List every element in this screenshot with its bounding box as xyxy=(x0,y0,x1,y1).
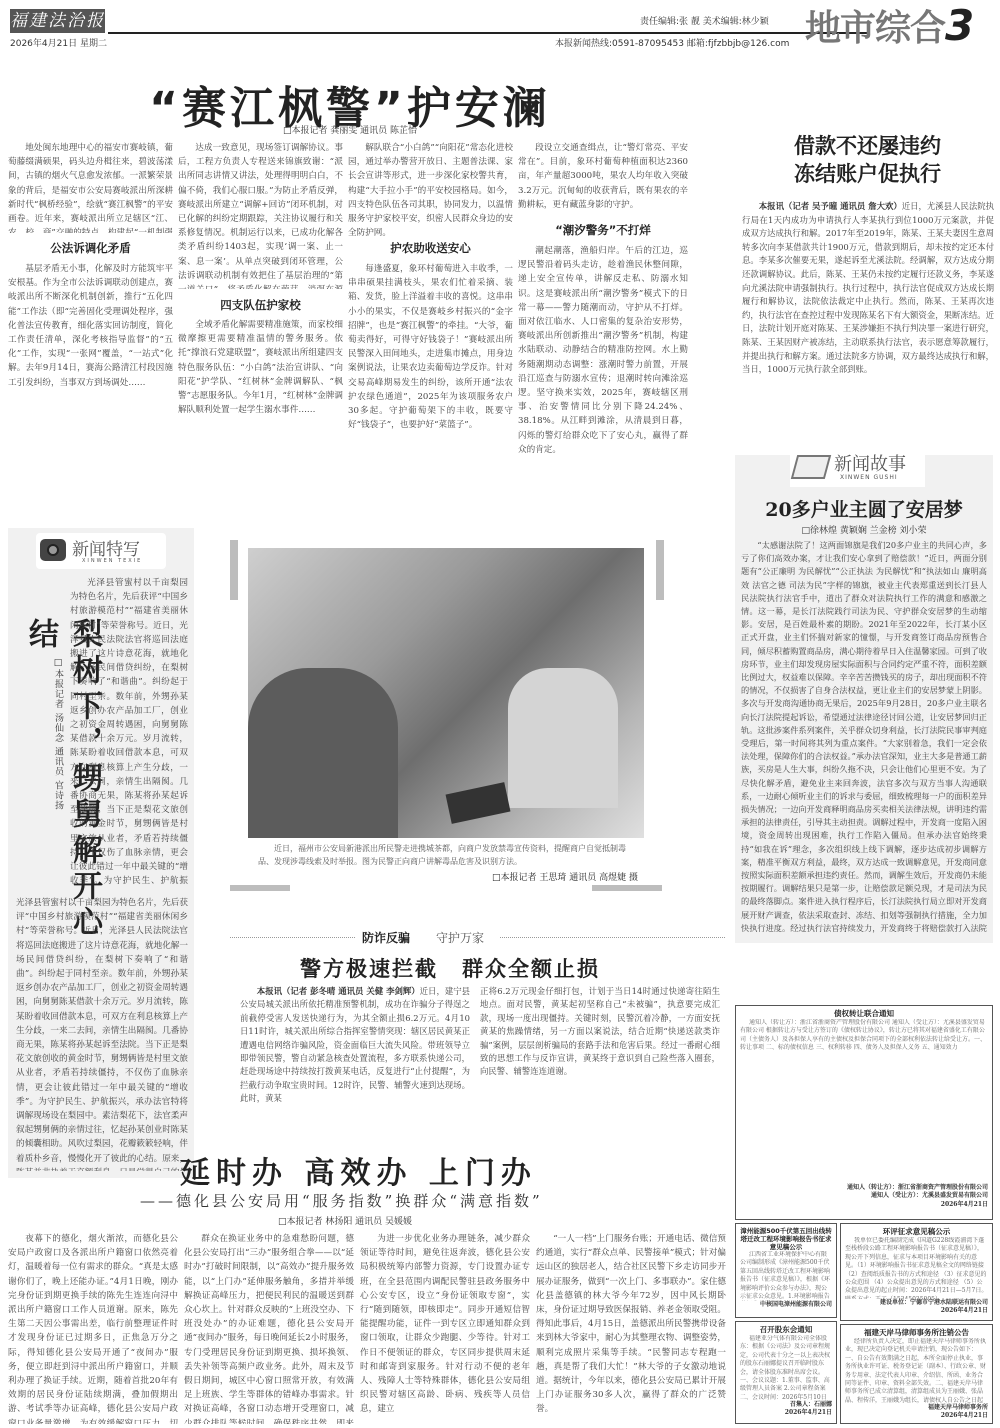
notice-body: 通知人（转让方）：浙江省浙商资产管理股份有限公司 通知人（受让方）：尤溪县盛发贸… xyxy=(740,1019,988,1184)
frame-bar xyxy=(230,540,238,600)
lead-col1b-text: 基层矛盾无小事，化解及时方能筑牢平安根基。作为全市公法诉调联动创建点，赛岐派出所… xyxy=(8,262,173,497)
anti-fraud-col1: 本报讯（记者 彭冬晴 通讯员 关健 李剑辉）近日，建宁县公安局城关派出所依托精准… xyxy=(240,985,470,1120)
households-badge: 新闻故事 XINWEN GUSHI xyxy=(790,447,925,487)
pear-byline: □本报记者 汤仙念 通讯员 官诗扬 xyxy=(52,658,65,878)
notice-title: 环评征求意见稿公示 xyxy=(845,1227,988,1237)
dehua-col3: 为进一步优化业务办理链条，减少群众领证等待时间，避免往返奔波，德化县公安局积极统… xyxy=(360,1232,530,1424)
households-badge-title: 新闻故事 xyxy=(834,450,906,476)
loan-body-text: 近日，尤溪县人民法院执行局在1天内成功为申请执行人李某执行到位1000万元案款，… xyxy=(742,201,994,374)
newspaper-logo: 福建法治报 xyxy=(10,9,105,33)
pear-feature-box: 新闻特写 XINWEN TEXIE 梨树下，甥舅解开心结 □本报记者 汤仙念 通… xyxy=(8,528,194,1178)
issue-date: 2026年4月21日 星期二 xyxy=(10,36,107,49)
notice-title: 召开股东会通知 xyxy=(740,1325,832,1335)
notice-date: 2026年4月21日 xyxy=(845,1307,988,1315)
households-body: “太感谢法院了！这两面锦旗是我们20多户业主的共同心声，多亏了你们高效办案，才让… xyxy=(741,539,987,937)
notice-date: 2026年4月21日 xyxy=(740,1409,832,1417)
dehua-col2: 群众在换证业务中的急难愁盼问题，德化县公安局打出“三办”服务组合拳——以“延时办… xyxy=(184,1232,354,1424)
book-pen-icon xyxy=(791,455,831,479)
dotted-rule xyxy=(230,937,355,938)
notice-title: 福建天岸马律师事务所注销公告 xyxy=(845,1328,988,1338)
dotted-rule xyxy=(500,937,725,938)
anti-fraud-col1-text: 近日，建宁县公安局城关派出所依托精准预警机制，成功在诈骗分子得逞之前截停受害人发… xyxy=(240,986,470,1103)
households-byline: □徐林煌 黄颖娴 兰金榜 刘小荣 xyxy=(735,523,993,536)
notice-signature: 中核国电漳州能源有限公司 xyxy=(740,1301,832,1309)
pear-body-top: 光泽县管蜜村以千亩梨园为特色名片，先后获评“中国乡村旅游模范村”“福建省美丽休闲… xyxy=(70,576,188,886)
pear-badge-pinyin: XINWEN TEXIE xyxy=(82,558,142,564)
anti-fraud-lead: 本报讯（记者 彭冬晴 通讯员 关健 李剑辉） xyxy=(257,986,420,996)
notice-title: 债权转让联合通知 xyxy=(740,1009,988,1019)
section-title: 地市综合3 xyxy=(805,4,973,50)
notice-eia-zhangzhou: 漳州能源500千伏第五回出线转塔迁改工程环境影响报告书征求意见稿公示 江西省工业… xyxy=(735,1223,837,1318)
camera-icon xyxy=(40,539,66,561)
lead-subhead-4: “潮汐警务”不打烊 xyxy=(518,222,688,238)
lead-subhead-1: 公法诉调化矛盾 xyxy=(8,240,173,256)
notice-shareholder-meeting: 召开股东会通知 福建亚分气体有限公司全体股东：根据《公司法》及公司章程规定，公司… xyxy=(735,1321,837,1424)
dehua-col1: 夜幕下的德化，烟火渐浓，而德化县公安局户政窗口及各派出所户籍窗口依然亮着灯，温暖… xyxy=(8,1232,178,1424)
anti-fraud-badge-right: 守护万家 xyxy=(436,929,484,946)
notice-eia-g228: 环评征求意见稿公示 我单位已委托编制完成《国道G228线霞浦湾下蓬至栈桥段公路工… xyxy=(840,1223,993,1321)
loan-headline: 借款不还屡违约 冻结账户促执行 xyxy=(735,132,1000,188)
pear-body-bottom: 光泽县管蜜村以千亩梨园为特色名片，先后获评“中国乡村旅游模范村”“福建省美丽休闲… xyxy=(16,896,188,1171)
notice-date: 2026年4月21日 xyxy=(845,1412,988,1420)
loan-body: 本报讯（记者 吴予曈 通讯员 詹大欢）近日，尤溪县人民法院执行局在1天内成功为申… xyxy=(742,200,994,458)
notice-title: 漳州能源500千伏第五回出线转塔迁改工程环境影响报告书征求意见稿公示 xyxy=(740,1227,832,1251)
anti-fraud-col2: 正将6.2万元现金仔细打包，计划于当日14时通过快递寄往陌生地点。面对民警，黄某… xyxy=(480,985,720,1120)
pear-badge-title: 新闻特写 xyxy=(72,535,140,560)
dehua-byline: □本报记者 林扬阳 通讯员 吴媛媛 xyxy=(180,1214,510,1227)
lead-col3b-text: 每逢盛夏，象环村葡萄进入丰收季，一串串硕果挂满枝头，果农们忙着采摘、装箱、发货，… xyxy=(348,262,513,497)
lead-subhead-3: 护农助收送安心 xyxy=(348,240,513,256)
anti-fraud-badge-left: 防诈反骗 xyxy=(362,929,410,946)
anti-fraud-headline-left: 警方极速拦截 xyxy=(300,953,438,983)
anti-fraud-headline-right: 群众全额止损 xyxy=(462,953,600,983)
notice-signature: 通知人（受让方）：尤溪县盛发贸易有限公司 xyxy=(740,1192,988,1200)
pear-badge: 新闻特写 XINWEN TEXIE xyxy=(36,533,166,569)
lead-col3-text: 解队联合“小白鸽”“向阳花”常态化进校园，通过举办警营开放日、主题普法课、家长会… xyxy=(348,141,513,236)
news-photo xyxy=(248,548,644,838)
frame-bar xyxy=(230,885,290,891)
editors-credit: 责任编辑:张 靓 美术编辑:林少颖 xyxy=(640,14,769,27)
dehua-subheadline: ——德化县公安局用“服务指数”换群众“满意指数” xyxy=(140,1190,543,1211)
lead-col2-text: 达成一致意见，现场签订调解协议。事后，工程方负责人专程送来锦旗致谢：“派出所同志… xyxy=(178,141,343,289)
notice-body: 我单位已委托编制完成《国道G228线霞浦湾下蓬至栈桥段公路工程环境影响报告书（征… xyxy=(845,1237,988,1299)
news-hotline: 本报新闻热线:0591-87095453 邮箱:fjfzbbjb@126.com xyxy=(555,36,789,49)
photo-figure-officer xyxy=(508,668,618,808)
lead-col4b-text: 潮起潮落，渔船归岸。午后的江边，巡逻民警沿着码头走访，趁着渔民休整间隙，递上安全… xyxy=(518,244,688,497)
section-name: 地市综合 xyxy=(805,7,945,49)
loan-headline-line2: 冻结账户促执行 xyxy=(735,160,1000,188)
masthead-rule xyxy=(108,32,868,34)
notice-law-firm-deregistration: 福建天岸马律师事务所注销公告 经律所负责人决定，即止福建天岸马律师事务所执业，现… xyxy=(840,1324,993,1424)
households-badge-pinyin: XINWEN GUSHI xyxy=(840,474,898,481)
photo-calculator xyxy=(446,782,511,824)
page-number: 3 xyxy=(945,1,973,50)
notice-debt-transfer: 债权转让联合通知 通知人（转让方）：浙江省浙商资产管理股份有限公司 通知人（受让… xyxy=(735,1005,993,1220)
frame-bar xyxy=(592,885,662,891)
lead-byline: □本报记者 龚丽雯 通讯员 陈芷怡 xyxy=(0,123,700,136)
notice-body: 福建亚分气体有限公司全体股东：根据《公司法》及公司章程规定，公司代表十分之一以上… xyxy=(740,1335,832,1401)
notice-body: 江西省工业环境保护中心有限公司编制形成《漳州能源500千伏第五回出线转塔迁改工程… xyxy=(740,1251,832,1301)
dehua-col4: “一人一档”上门服务台账；开通电话、微信预约通道，实行“群众点单、民警接单”模式… xyxy=(536,1232,726,1424)
lead-col2b-text: 全域矛盾化解需要精准施策，而家校细微摩擦更需要精准温情的警务服务。依托“撑浪石党… xyxy=(178,318,343,498)
households-headline: 20多户业主圆了安居梦 xyxy=(735,495,993,522)
lead-subhead-2: 四支队伍护家校 xyxy=(178,297,343,313)
lead-col4-text: 段设立交通查缉点，让“警灯常亮、平安常在”。目前，象环村葡萄种植面积达2360亩… xyxy=(518,141,688,256)
photo-caption: 近日，福州市公安局新港派出所民警走进携城茶都，向商户发放禁毒宣传资料，提醒商户自… xyxy=(258,842,638,868)
notice-body: 经律所负责人决定，即止福建天岸马律师事务所执业，现已决定向登记机关申请注销，现公… xyxy=(845,1338,988,1404)
photo-figure-civilian xyxy=(248,668,398,838)
frame-bar xyxy=(656,540,664,600)
households-feature-box: 新闻故事 XINWEN GUSHI 20多户业主圆了安居梦 □徐林煌 黄颖娴 兰… xyxy=(735,455,993,943)
loan-lead: 本报讯（记者 吴予曈 通讯员 詹大欢） xyxy=(759,201,902,211)
dehua-headline: 延时办 高效办 上门办 xyxy=(180,1148,537,1192)
photo-credit: □本报记者 王思琦 通讯员 高煜婕 摄 xyxy=(470,870,638,883)
lead-col1-text: 地处闽东地理中心的福安市赛岐镇，葡萄藤缀满硕果，码头边舟楫往来，碧波荡漾间，古镇… xyxy=(8,141,173,233)
notice-date: 2026年4月21日 xyxy=(740,1201,988,1209)
loan-headline-line1: 借款不还屡违约 xyxy=(735,132,1000,160)
